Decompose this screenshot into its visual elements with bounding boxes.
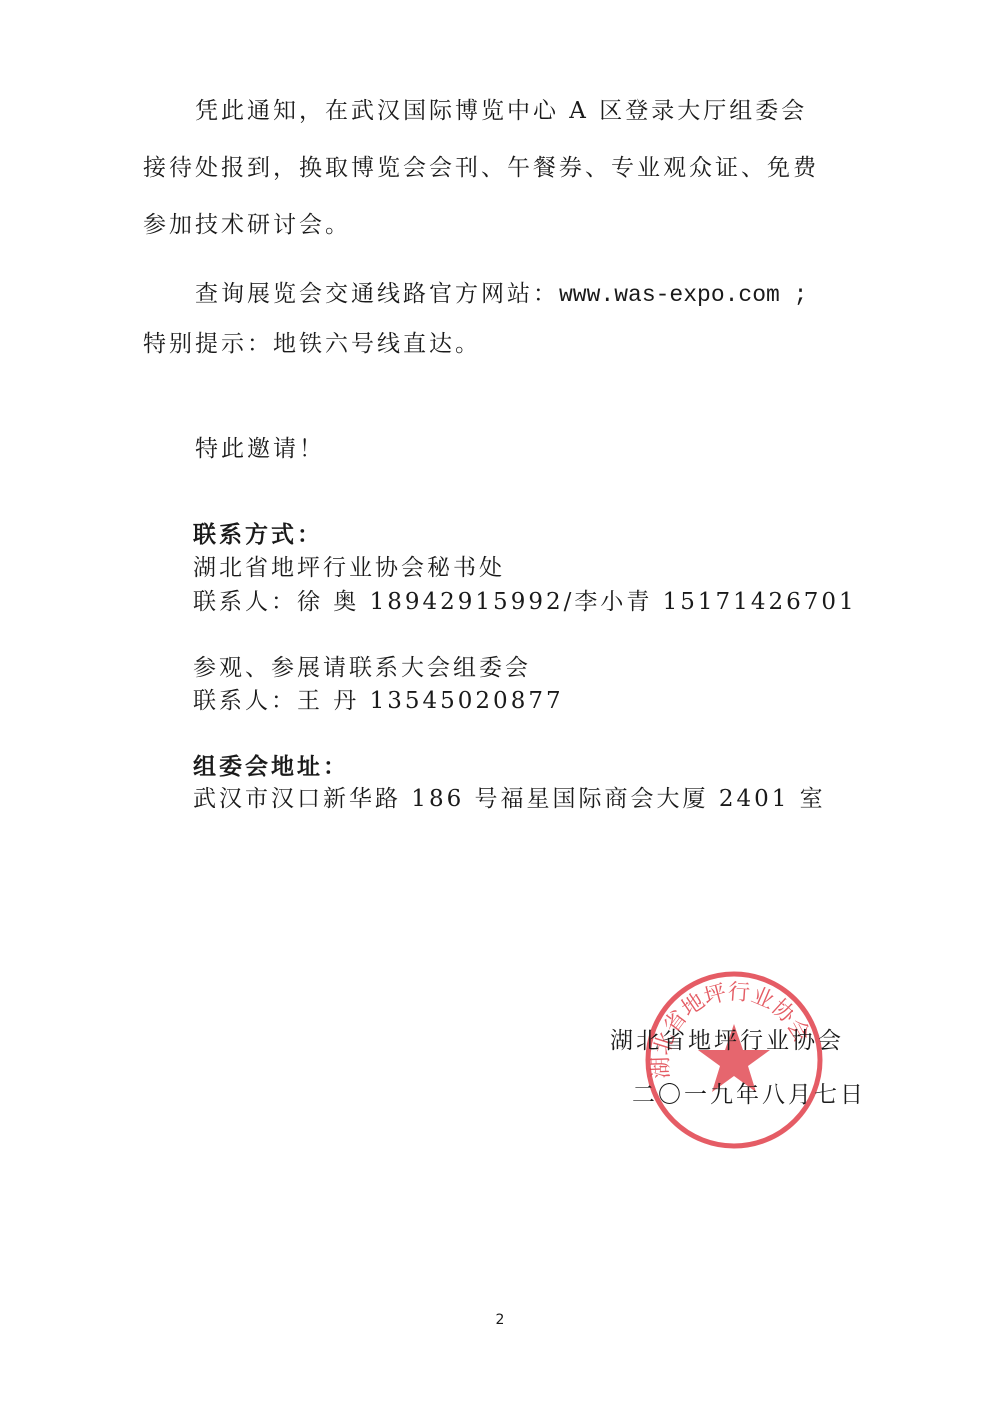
website-link[interactable]: www.was-expo.com ; (559, 282, 807, 308)
paragraph-line: 凭此通知，在武汉国际博览中心 A 区登录大厅组委会 (195, 92, 807, 125)
paragraph-line: 接待处报到，换取博览会会刊、午餐券、专业观众证、免费 (143, 149, 819, 182)
address-value: 武汉市汉口新华路 186 号福星国际商会大厦 2401 室 (193, 780, 826, 813)
visit-note: 参观、参展请联系大会组委会 (193, 649, 531, 682)
signature-org: 湖北省地坪行业协会 (610, 1022, 844, 1055)
signature-date: 二〇一九年八月七日 (632, 1076, 866, 1109)
contact-person-line-2: 联系人：王 丹 13545020877 (193, 682, 564, 715)
transport-label: 查询展览会交通线路官方网站： (195, 281, 559, 307)
official-seal-icon: 湖北省地坪行业协会 (642, 968, 826, 1152)
page-number: 2 (0, 1312, 1000, 1328)
contact-person-line: 联系人：徐 奥 18942915992/李小青 15171426701 (193, 583, 857, 616)
contact-org: 湖北省地坪行业协会秘书处 (193, 549, 505, 582)
paragraph-line: 特别提示：地铁六号线直达。 (143, 325, 481, 358)
closing-text: 特此邀请！ (195, 430, 325, 463)
address-heading: 组委会地址： (193, 748, 349, 781)
paragraph-line: 查询展览会交通线路官方网站：www.was-expo.com ; (195, 275, 807, 308)
contact-heading: 联系方式： (193, 516, 323, 549)
paragraph-line: 参加技术研讨会。 (143, 206, 351, 239)
